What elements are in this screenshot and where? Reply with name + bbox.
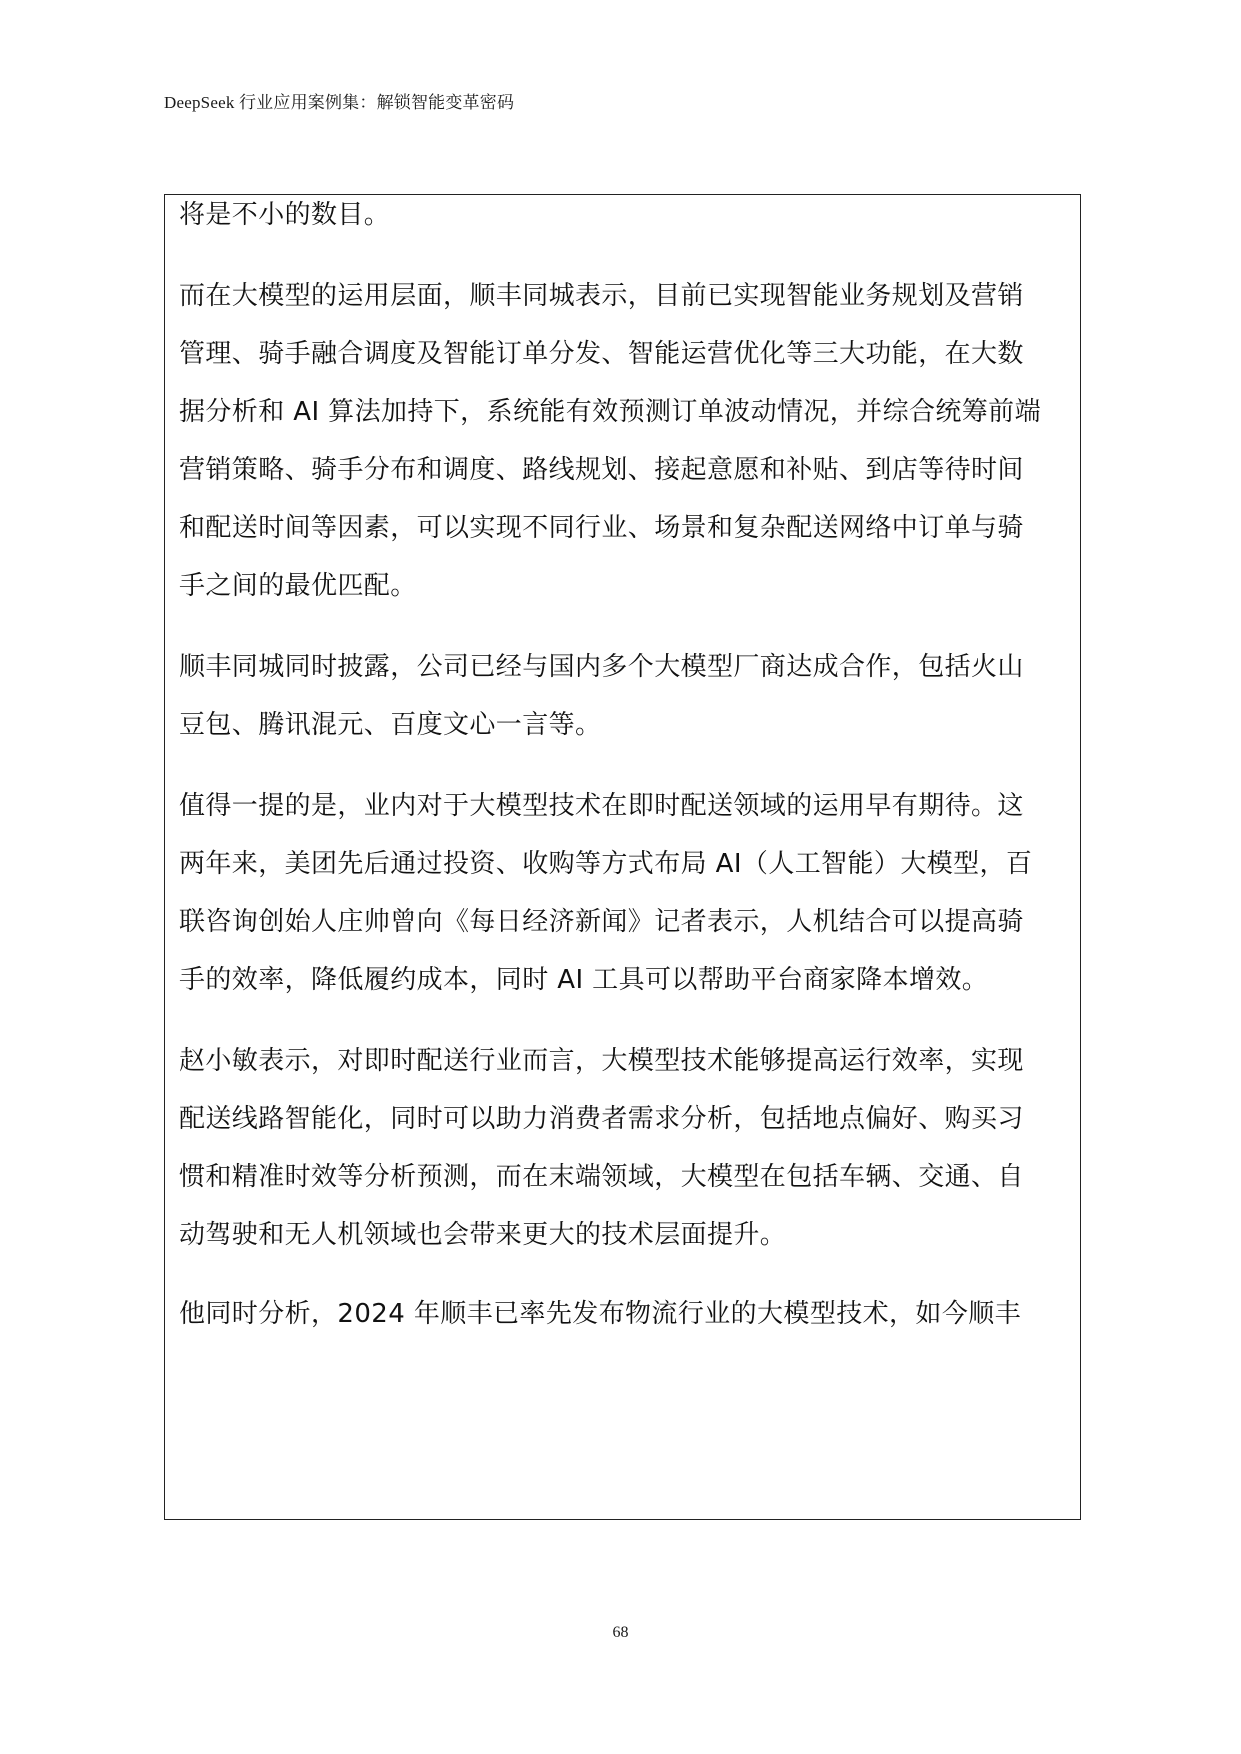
text-line: 豆包、腾讯混元、百度文心一言等。 [179,709,601,741]
text-line: 配送线路智能化，同时可以助力消费者需求分析，包括地点偏好、购买习 [179,1103,1024,1135]
text-line: 营销策略、骑手分布和调度、路线规划、接起意愿和补贴、到店等待时间 [179,454,1024,486]
running-header: DeepSeek 行业应用案例集：解锁智能变革密码 [164,88,514,113]
text-line: 动驾驶和无人机领域也会带来更大的技术层面提升。 [179,1219,786,1251]
text-line: 据分析和 AI 算法加持下，系统能有效预测订单波动情况，并综合统筹前端 [179,396,1041,428]
text-line: 值得一提的是，业内对于大模型技术在即时配送领域的运用早有期待。这 [179,790,1024,822]
text-line: 顺丰同城同时披露，公司已经与国内多个大模型厂商达成合作，包括火山 [179,651,1024,683]
text-line: 两年来，美团先后通过投资、收购等方式布局 AI（人工智能）大模型，百 [179,848,1032,880]
text-line: 管理、骑手融合调度及智能订单分发、智能运营优化等三大功能，在大数 [179,338,1024,370]
text-line: 他同时分析，2024 年顺丰已率先发布物流行业的大模型技术，如今顺丰 [179,1298,1021,1330]
text-line: 手之间的最优匹配。 [179,570,417,602]
text-line: 和配送时间等因素，可以实现不同行业、场景和复杂配送网络中订单与骑 [179,512,1024,544]
page-number: 68 [0,1624,1241,1642]
text-line: 将是不小的数目。 [179,199,390,231]
text-line: 手的效率，降低履约成本，同时 AI 工具可以帮助平台商家降本增效。 [179,964,988,996]
text-line: 惯和精准时效等分析预测，而在末端领域，大模型在包括车辆、交通、自 [179,1161,1024,1193]
content-box: 将是不小的数目。 而在大模型的运用层面，顺丰同城表示，目前已实现智能业务规划及营… [164,194,1081,1520]
text-line: 而在大模型的运用层面，顺丰同城表示，目前已实现智能业务规划及营销 [179,280,1024,312]
text-line: 联咨询创始人庄帅曾向《每日经济新闻》记者表示，人机结合可以提高骑 [179,906,1024,938]
text-line: 赵小敏表示，对即时配送行业而言，大模型技术能够提高运行效率，实现 [179,1045,1024,1077]
